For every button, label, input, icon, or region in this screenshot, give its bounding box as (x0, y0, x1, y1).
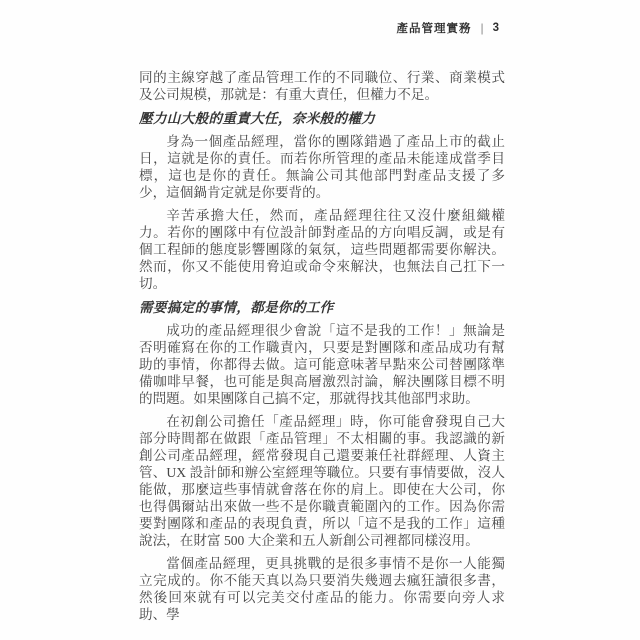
paragraph: 身為一個產品經理，當你的團隊錯過了產品上市的截止日，這就是你的責任。而若你所管理… (139, 133, 505, 201)
section-heading-responsibility: 壓力山大般的重責大任，奈米般的權力 (139, 110, 505, 127)
header-separator: | (480, 21, 483, 35)
section-heading-your-job: 需要搞定的事情，都是你的工作 (139, 299, 505, 316)
paragraph: 在初創公司擔任「產品經理」時，你可能會發現自己大部分時間都在做跟「產品管理」不太… (139, 413, 505, 549)
running-title: 產品管理實務 (396, 20, 471, 36)
paragraph: 辛苦承擔大任，然而，產品經理往往又沒什麼組織權力。若你的團隊中有位設計師對產品的… (139, 207, 505, 292)
paragraph-continuation: 同的主線穿越了產品管理工作的不同職位、行業、商業模式及公司規模，那就是：有重大責… (139, 69, 505, 103)
book-page: 產品管理實務 | 3 同的主線穿越了產品管理工作的不同職位、行業、商業模式及公司… (0, 0, 640, 640)
page-content: 同的主線穿越了產品管理工作的不同職位、行業、商業模式及公司規模，那就是：有重大責… (139, 69, 505, 629)
page-number: 3 (493, 22, 500, 34)
paragraph: 成功的產品經理很少會說「這不是我的工作！」無論是否明確寫在你的工作職責內，只要是… (139, 322, 505, 407)
page-header: 產品管理實務 | 3 (396, 20, 500, 36)
paragraph: 當個產品經理，更具挑戰的是很多事情不是你一人能獨立完成的。你不能天真以為只要消失… (139, 555, 505, 623)
